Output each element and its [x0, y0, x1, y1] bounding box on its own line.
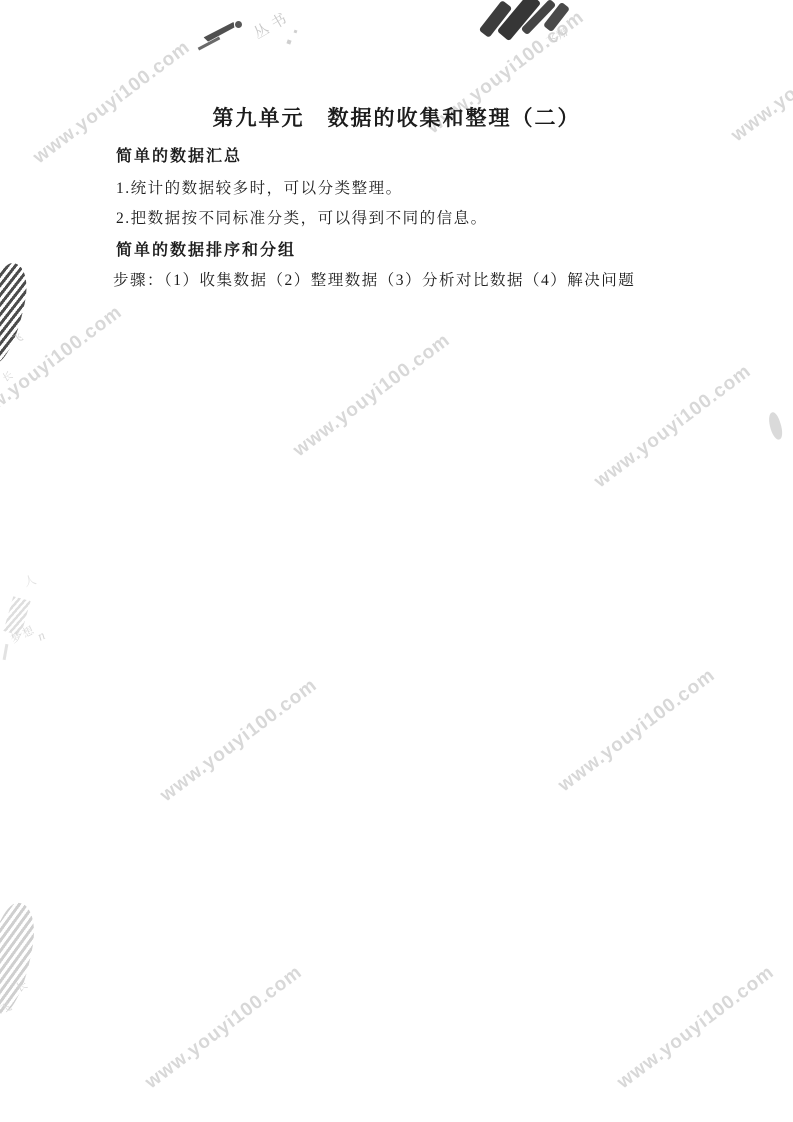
logo-speck	[286, 39, 291, 44]
body-line: 1.统计的数据较多时，可以分类整理。	[116, 176, 403, 198]
brand-text-fragment: n	[35, 627, 48, 644]
section-heading-data-summary: 简单的数据汇总	[116, 143, 242, 166]
watermark-text: www.youyi100.com	[554, 664, 721, 798]
brand-text-fragment: 丛书	[249, 5, 294, 43]
document-page: www.youyi100.com www.youyi100.com www.yo…	[0, 0, 793, 1122]
scan-artifact-mark	[766, 411, 785, 441]
page-title: 第九单元 数据的收集和整理（二）	[0, 102, 793, 132]
body-line: 2.把数据按不同标准分类，可以得到不同的信息。	[116, 206, 488, 228]
watermark-text: www.youyi100.com	[141, 961, 308, 1095]
logo-dot-mark	[235, 21, 242, 28]
hatched-logo-fragment	[0, 259, 33, 367]
watermark-text: www.youyi100.com	[289, 329, 456, 463]
logo-speck	[294, 30, 298, 34]
brand-text-fragment: 人	[22, 571, 39, 591]
section-heading-data-sorting: 简单的数据排序和分组	[116, 237, 296, 260]
watermark-text: www.youyi100.com	[590, 360, 757, 494]
scan-artifact-mark	[3, 644, 9, 660]
watermark-text: www.youyi100.com	[613, 961, 780, 1095]
watermark-text: www.youyi100.com	[156, 674, 323, 808]
body-line: 步骤：（1）收集数据（2）整理数据（3）分析对比数据（4）解决问题	[113, 268, 635, 290]
